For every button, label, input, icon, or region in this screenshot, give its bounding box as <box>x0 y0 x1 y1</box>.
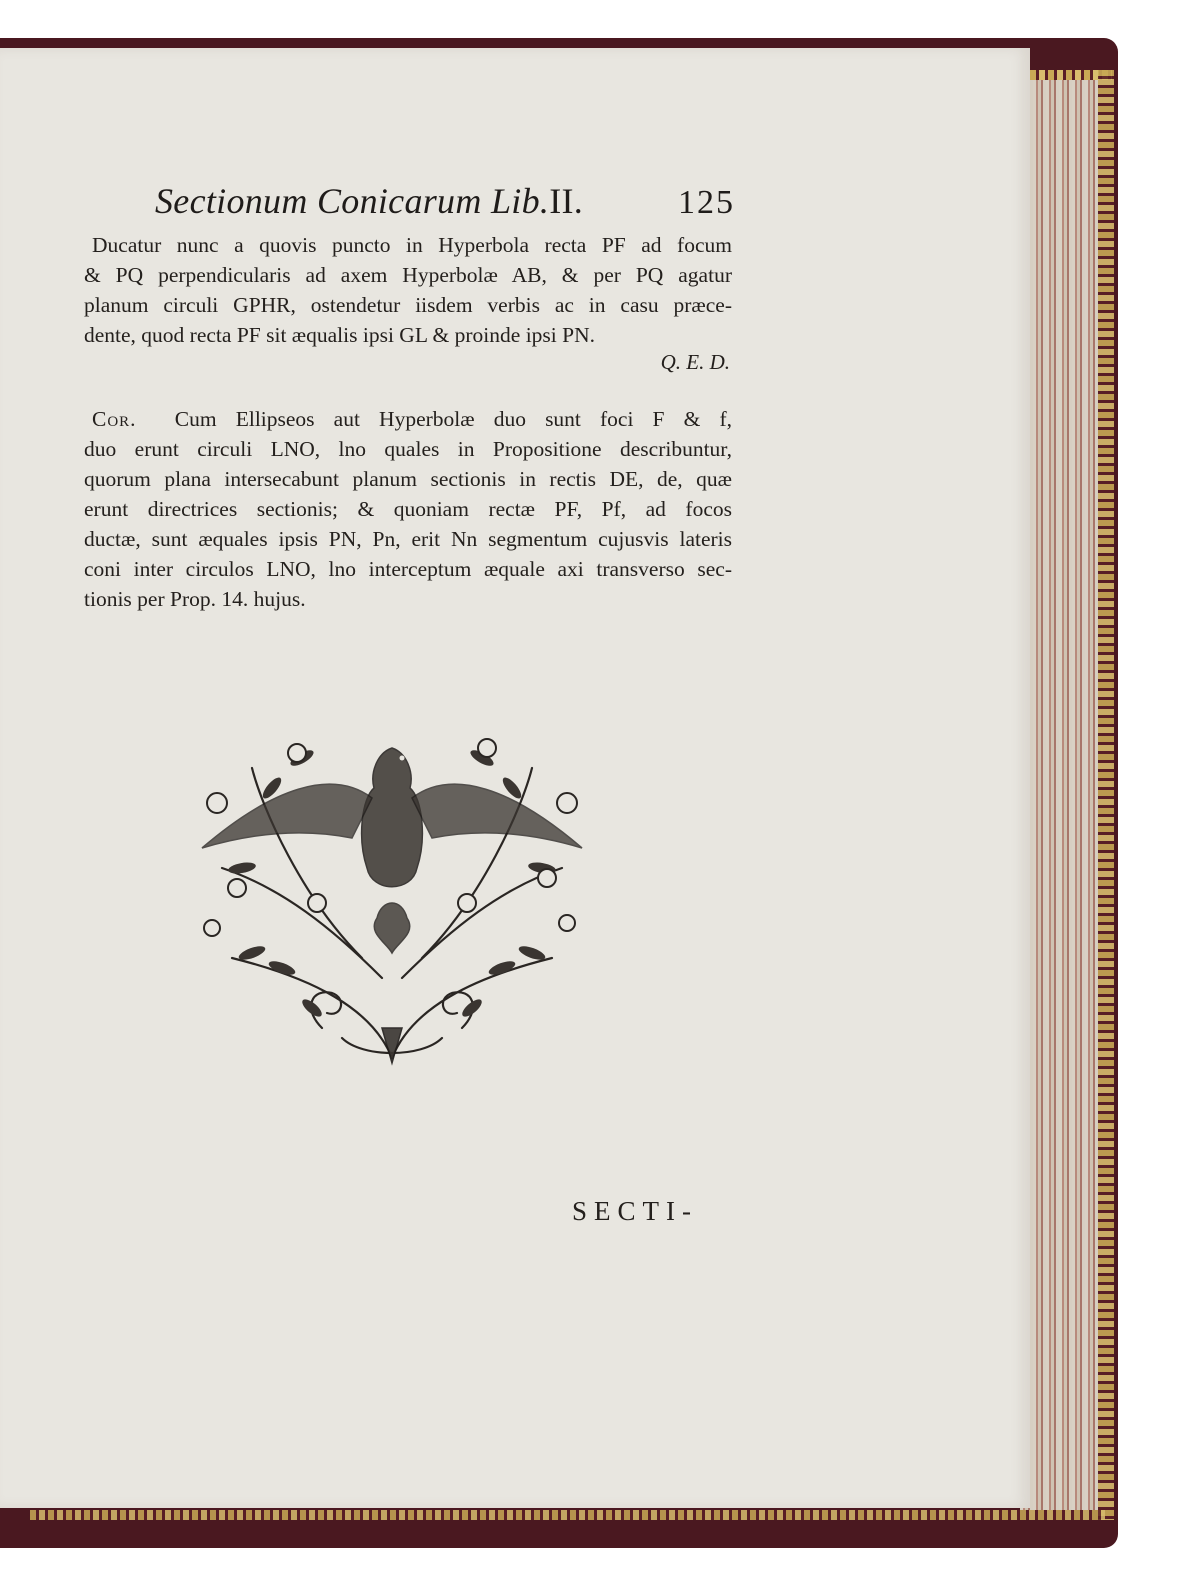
book-label: Lib. <box>491 181 549 221</box>
page-fore-edge <box>1020 78 1098 1510</box>
corollary-first-line: Cum Ellipseos aut Hyperbolæ duo sunt foc… <box>175 407 732 431</box>
text-line: planum circuli GPHR, ostendetur iisdem v… <box>84 290 732 320</box>
paragraph-1: Ducatur nunc a quovis puncto in Hyperbol… <box>84 230 732 350</box>
qed-mark: Q. E. D. <box>600 350 730 375</box>
gilt-border-bottom <box>30 1510 1105 1520</box>
book-number: II. <box>549 181 583 221</box>
text-line: tionis per Prop. 14. hujus. <box>84 584 732 614</box>
text-line: dente, quod recta PF sit æqualis ipsi GL… <box>84 320 732 350</box>
text-line: & PQ perpendicularis ad axem Hyperbolæ A… <box>84 260 732 290</box>
running-title-text: Sectionum Conicarum <box>155 181 482 221</box>
page-number: 125 <box>678 184 735 222</box>
text-line: duo erunt circuli LNO, lno quales in Pro… <box>84 434 732 464</box>
text-line: erunt directrices sectionis; & quoniam r… <box>84 494 732 524</box>
text-line: coni inter circulos LNO, lno interceptum… <box>84 554 732 584</box>
gilt-border-right <box>1098 70 1114 1520</box>
running-head: Sectionum Conicarum Lib.II. 125 <box>155 180 735 228</box>
text-line: Ducatur nunc a quovis puncto in Hyperbol… <box>84 230 732 260</box>
text-line: quorum plana intersecabunt planum sectio… <box>84 464 732 494</box>
corollary-label: Cor. <box>92 407 137 431</box>
text-line: ductæ, sunt æquales ipsis PN, Pn, erit N… <box>84 524 732 554</box>
corollary: Cor. Cum Ellipseos aut Hyperbolæ duo sun… <box>84 404 732 614</box>
text-line: Cor. Cum Ellipseos aut Hyperbolæ duo sun… <box>84 404 732 434</box>
catchword: SECTI- <box>572 1196 698 1227</box>
eagle-ornament-icon <box>192 728 592 1068</box>
running-title: Sectionum Conicarum Lib.II. <box>155 180 583 222</box>
